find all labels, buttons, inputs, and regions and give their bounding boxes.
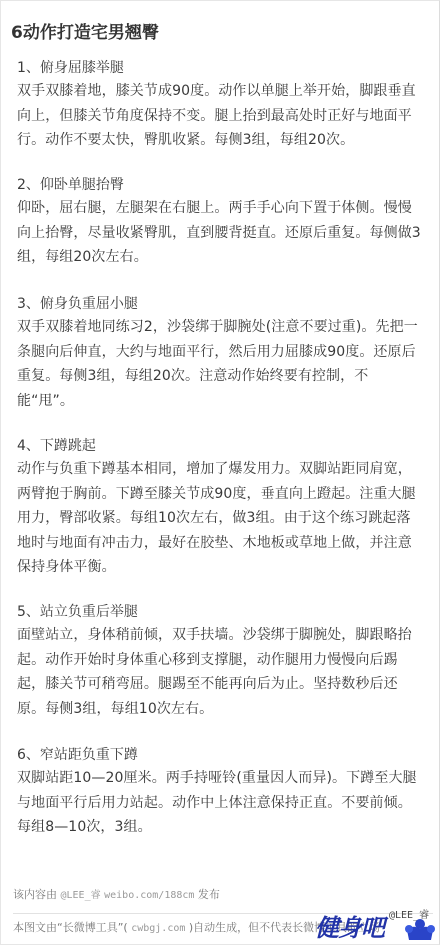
section-2: 2、仰卧单腿抬臀 仰卧，屈右腿，左腿架在右腿上。两手手心向下置于体侧。慢慢向上抬… bbox=[17, 174, 422, 270]
section-heading: 3、俯身负重屈小腿 bbox=[17, 293, 422, 315]
section-body: 双手双膝着地，膝关节成90度。动作以单腿上举开始，脚跟垂直向上，但膝关节角度保持… bbox=[17, 79, 422, 153]
section-body: 面壁站立，身体稍前倾，双手扶墙。沙袋绑于脚腕处，脚跟略抬起。动作开始时身体重心移… bbox=[17, 623, 422, 721]
section-6: 6、窄站距负重下蹲 双脚站距10—20厘米。两手持哑铃(重量因人而异)。下蹲至大… bbox=[17, 744, 422, 840]
bodybuilder-icon bbox=[403, 916, 437, 942]
section-body: 双脚站距10—20厘米。两手持哑铃(重量因人而异)。下蹲至大腿与地面平行后用力站… bbox=[17, 766, 422, 840]
footer-source: 该内容由 @LEE_睿 weibo.com/188cm 发布 bbox=[13, 886, 220, 902]
source-url-link[interactable]: weibo.com/188cm bbox=[104, 890, 194, 901]
section-body: 动作与负重下蹲基本相同，增加了爆发用力。双脚站距同肩宽，两臂抱于胸前。下蹲至膝关… bbox=[17, 457, 422, 580]
section-heading: 2、仰卧单腿抬臀 bbox=[17, 174, 422, 196]
section-heading: 1、俯身屈膝举腿 bbox=[17, 57, 422, 79]
section-1: 1、俯身屈膝举腿 双手双膝着地，膝关节成90度。动作以单腿上举开始，脚跟垂直向上… bbox=[17, 57, 422, 153]
section-heading: 4、下蹲跳起 bbox=[17, 435, 422, 457]
source-prefix: 该内容由 bbox=[13, 888, 57, 901]
section-5: 5、站立负重后举腿 面壁站立，身体稍前倾，双手扶墙。沙袋绑于脚腕处，脚跟略抬起。… bbox=[17, 601, 422, 721]
section-body: 双手双膝着地同练习2，沙袋绑于脚腕处(注意不要过重)。先把一条腿向后伸直，大约与… bbox=[17, 315, 422, 413]
section-heading: 5、站立负重后举腿 bbox=[17, 601, 422, 623]
section-body: 仰卧，屈右腿，左腿架在右腿上。两手手心向下置于体侧。慢慢向上抬臀，尽量收紧臀肌，… bbox=[17, 196, 422, 270]
generated-prefix: 本图文由“长微博工具”( bbox=[13, 921, 128, 934]
source-handle-link[interactable]: @LEE_睿 bbox=[61, 890, 101, 901]
section-4: 4、下蹲跳起 动作与负重下蹲基本相同，增加了爆发用力。双脚站距同肩宽，两臂抱于胸… bbox=[17, 435, 422, 580]
page-container: 6动作打造宅男翘臀 1、俯身屈膝举腿 双手双膝着地，膝关节成90度。动作以单腿上… bbox=[0, 0, 440, 945]
source-suffix: 发布 bbox=[198, 888, 220, 901]
watermark: 健身吧 @LEE_睿 bbox=[313, 904, 439, 944]
page-title: 6动作打造宅男翘臀 bbox=[11, 18, 159, 43]
section-heading: 6、窄站距负重下蹲 bbox=[17, 744, 422, 766]
generated-url-link[interactable]: cwbgj.com bbox=[131, 923, 185, 934]
watermark-text: 健身吧 bbox=[315, 908, 384, 943]
section-3: 3、俯身负重屈小腿 双手双膝着地同练习2，沙袋绑于脚腕处(注意不要过重)。先把一… bbox=[17, 293, 422, 413]
